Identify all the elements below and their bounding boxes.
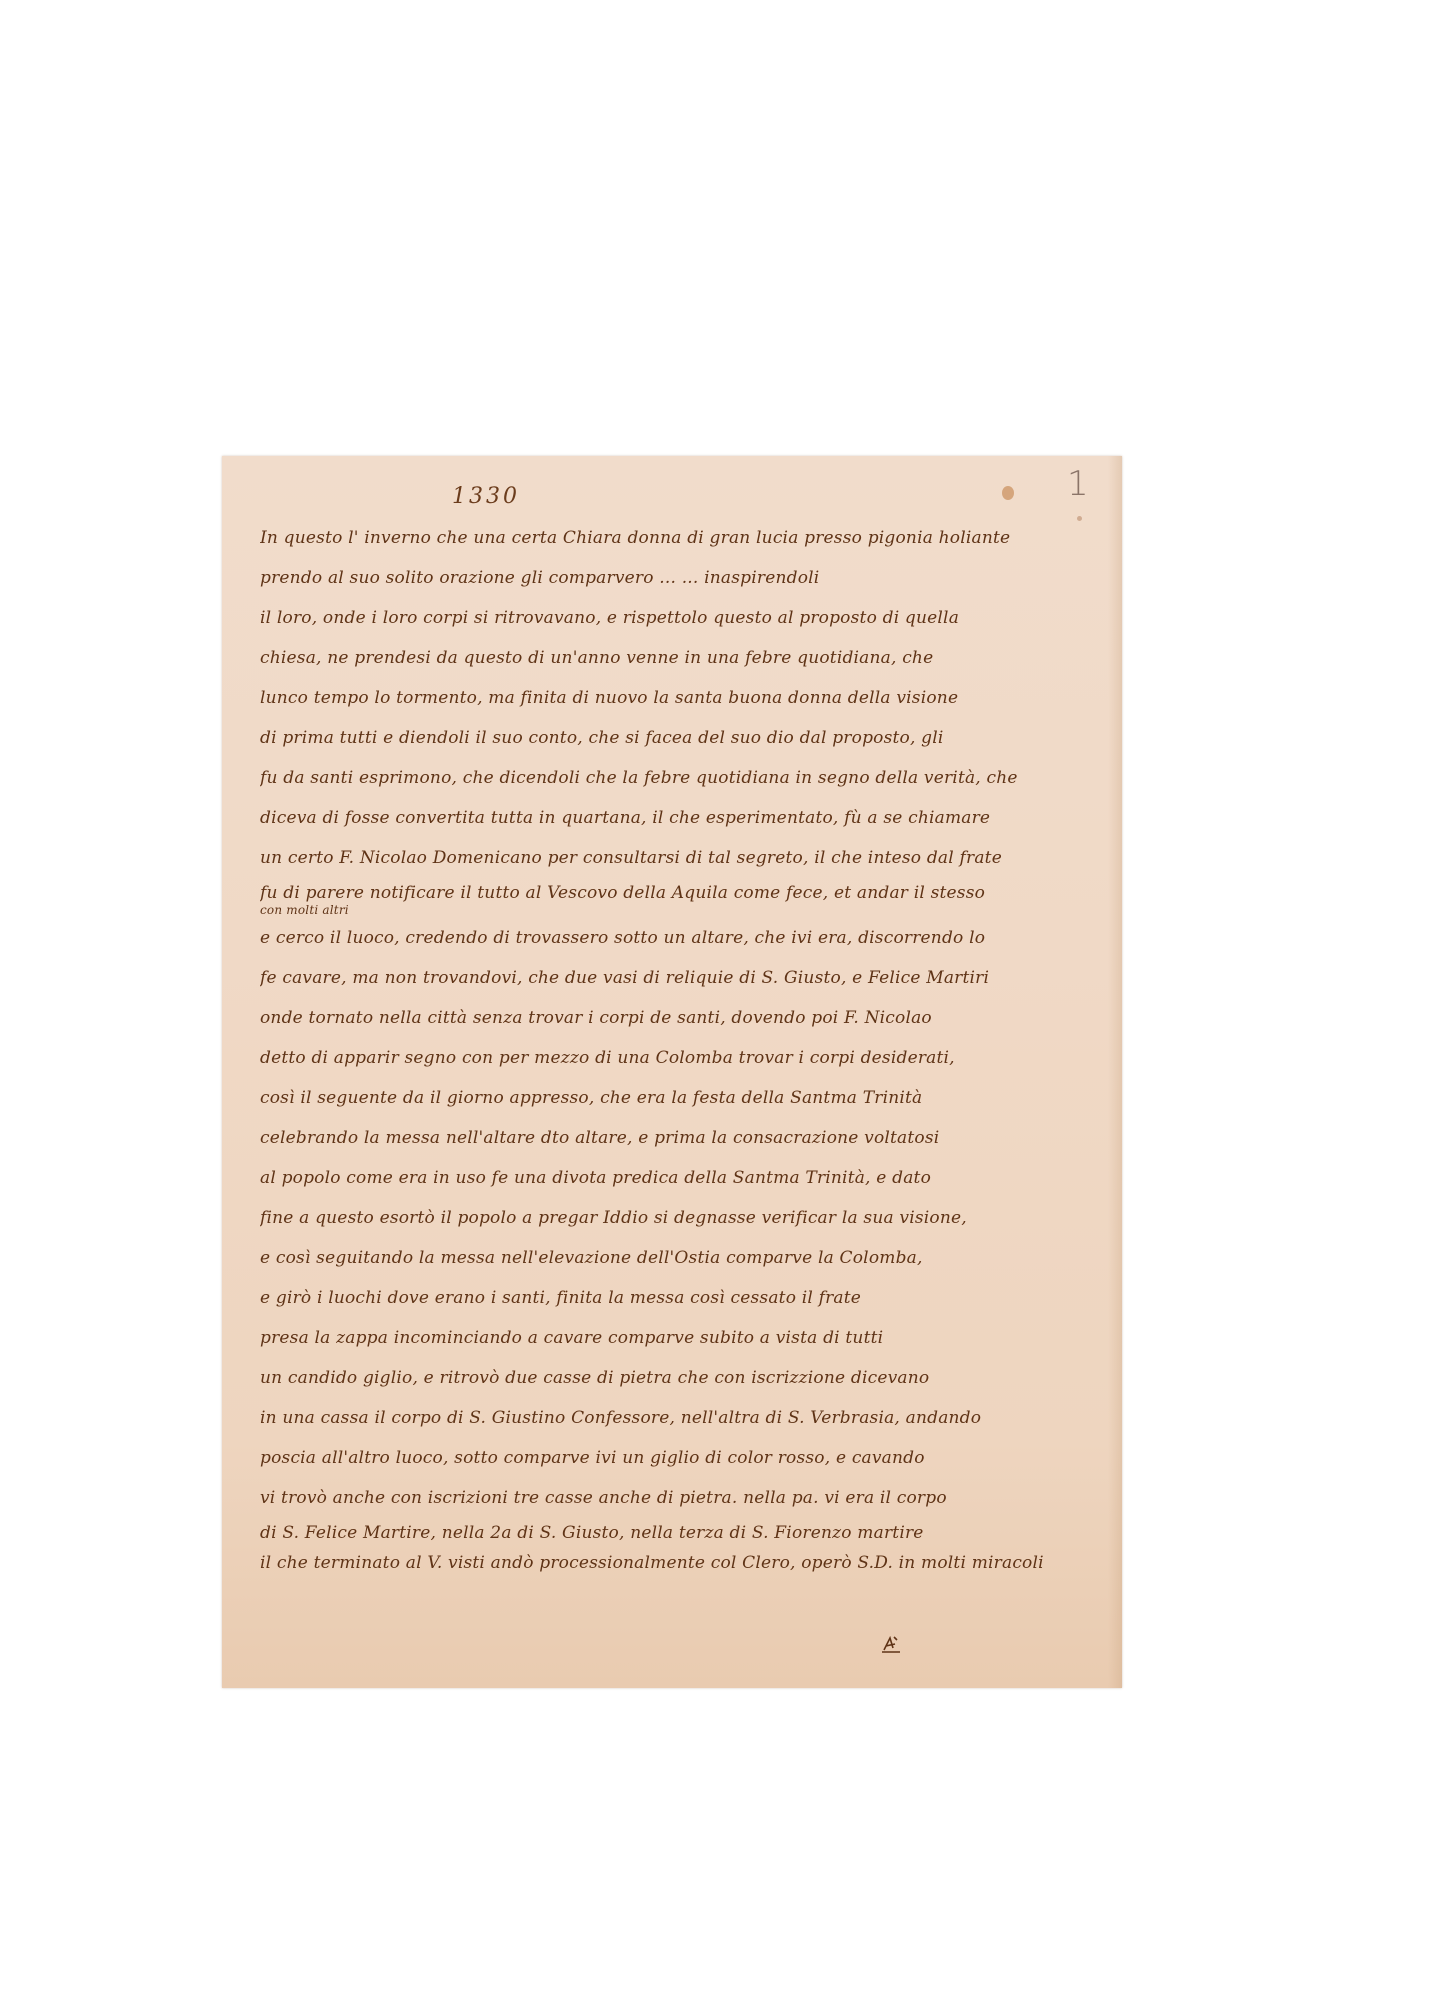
- manuscript-page: 1330 1 In questo l' inverno che una cert…: [222, 456, 1122, 1688]
- text-line: e girò i luochi dove erano i santi, fini…: [260, 1278, 1100, 1318]
- text-line: fu da santi esprimono, che dicendoli che…: [260, 758, 1100, 798]
- text-line: fu di parere notificare il tutto al Vesc…: [260, 878, 1100, 908]
- text-line: chiesa, ne prendesi da questo di un'anno…: [260, 638, 1100, 678]
- text-line: così il seguente da il giorno appresso, …: [260, 1078, 1100, 1118]
- text-line: in una cassa il corpo di S. Giustino Con…: [260, 1398, 1100, 1438]
- ink-stain: [1002, 486, 1014, 500]
- text-line: detto di apparir segno con per mezzo di …: [260, 1038, 1100, 1078]
- folio-number: 1: [1067, 464, 1089, 504]
- year-heading: 1330: [452, 484, 520, 509]
- text-line: presa la zappa incominciando a cavare co…: [260, 1318, 1100, 1358]
- text-line: prendo al suo solito orazione gli compar…: [260, 558, 1100, 598]
- text-line: di prima tutti e diendoli il suo conto, …: [260, 718, 1100, 758]
- text-line: onde tornato nella città senza trovar i …: [260, 998, 1100, 1038]
- text-line: e cerco il luoco, credendo di trovassero…: [260, 918, 1100, 958]
- text-line: fe cavare, ma non trovandovi, che due va…: [260, 958, 1100, 998]
- flourish-mark-icon: [880, 1634, 902, 1659]
- text-line: In questo l' inverno che una certa Chiar…: [260, 518, 1100, 558]
- text-line: il che terminato al V. visti andò proces…: [260, 1548, 1100, 1578]
- text-line: e così seguitando la messa nell'elevazio…: [260, 1238, 1100, 1278]
- text-line: di S. Felice Martire, nella 2a di S. Giu…: [260, 1518, 1100, 1548]
- text-line: un candido giglio, e ritrovò due casse d…: [260, 1358, 1100, 1398]
- text-line: vi trovò anche con iscrizioni tre casse …: [260, 1478, 1100, 1518]
- text-line: celebrando la messa nell'altare dto alta…: [260, 1118, 1100, 1158]
- text-line: al popolo come era in uso fe una divota …: [260, 1158, 1100, 1198]
- text-line: lunco tempo lo tormento, ma finita di nu…: [260, 678, 1100, 718]
- text-line: poscia all'altro luoco, sotto comparve i…: [260, 1438, 1100, 1478]
- manuscript-text: In questo l' inverno che una certa Chiar…: [260, 518, 1100, 1578]
- text-line: il loro, onde i loro corpi si ritrovavan…: [260, 598, 1100, 638]
- text-line: diceva di fosse convertita tutta in quar…: [260, 798, 1100, 838]
- text-line: fine a questo esortò il popolo a pregar …: [260, 1198, 1100, 1238]
- text-line: un certo F. Nicolao Domenicano per consu…: [260, 838, 1100, 878]
